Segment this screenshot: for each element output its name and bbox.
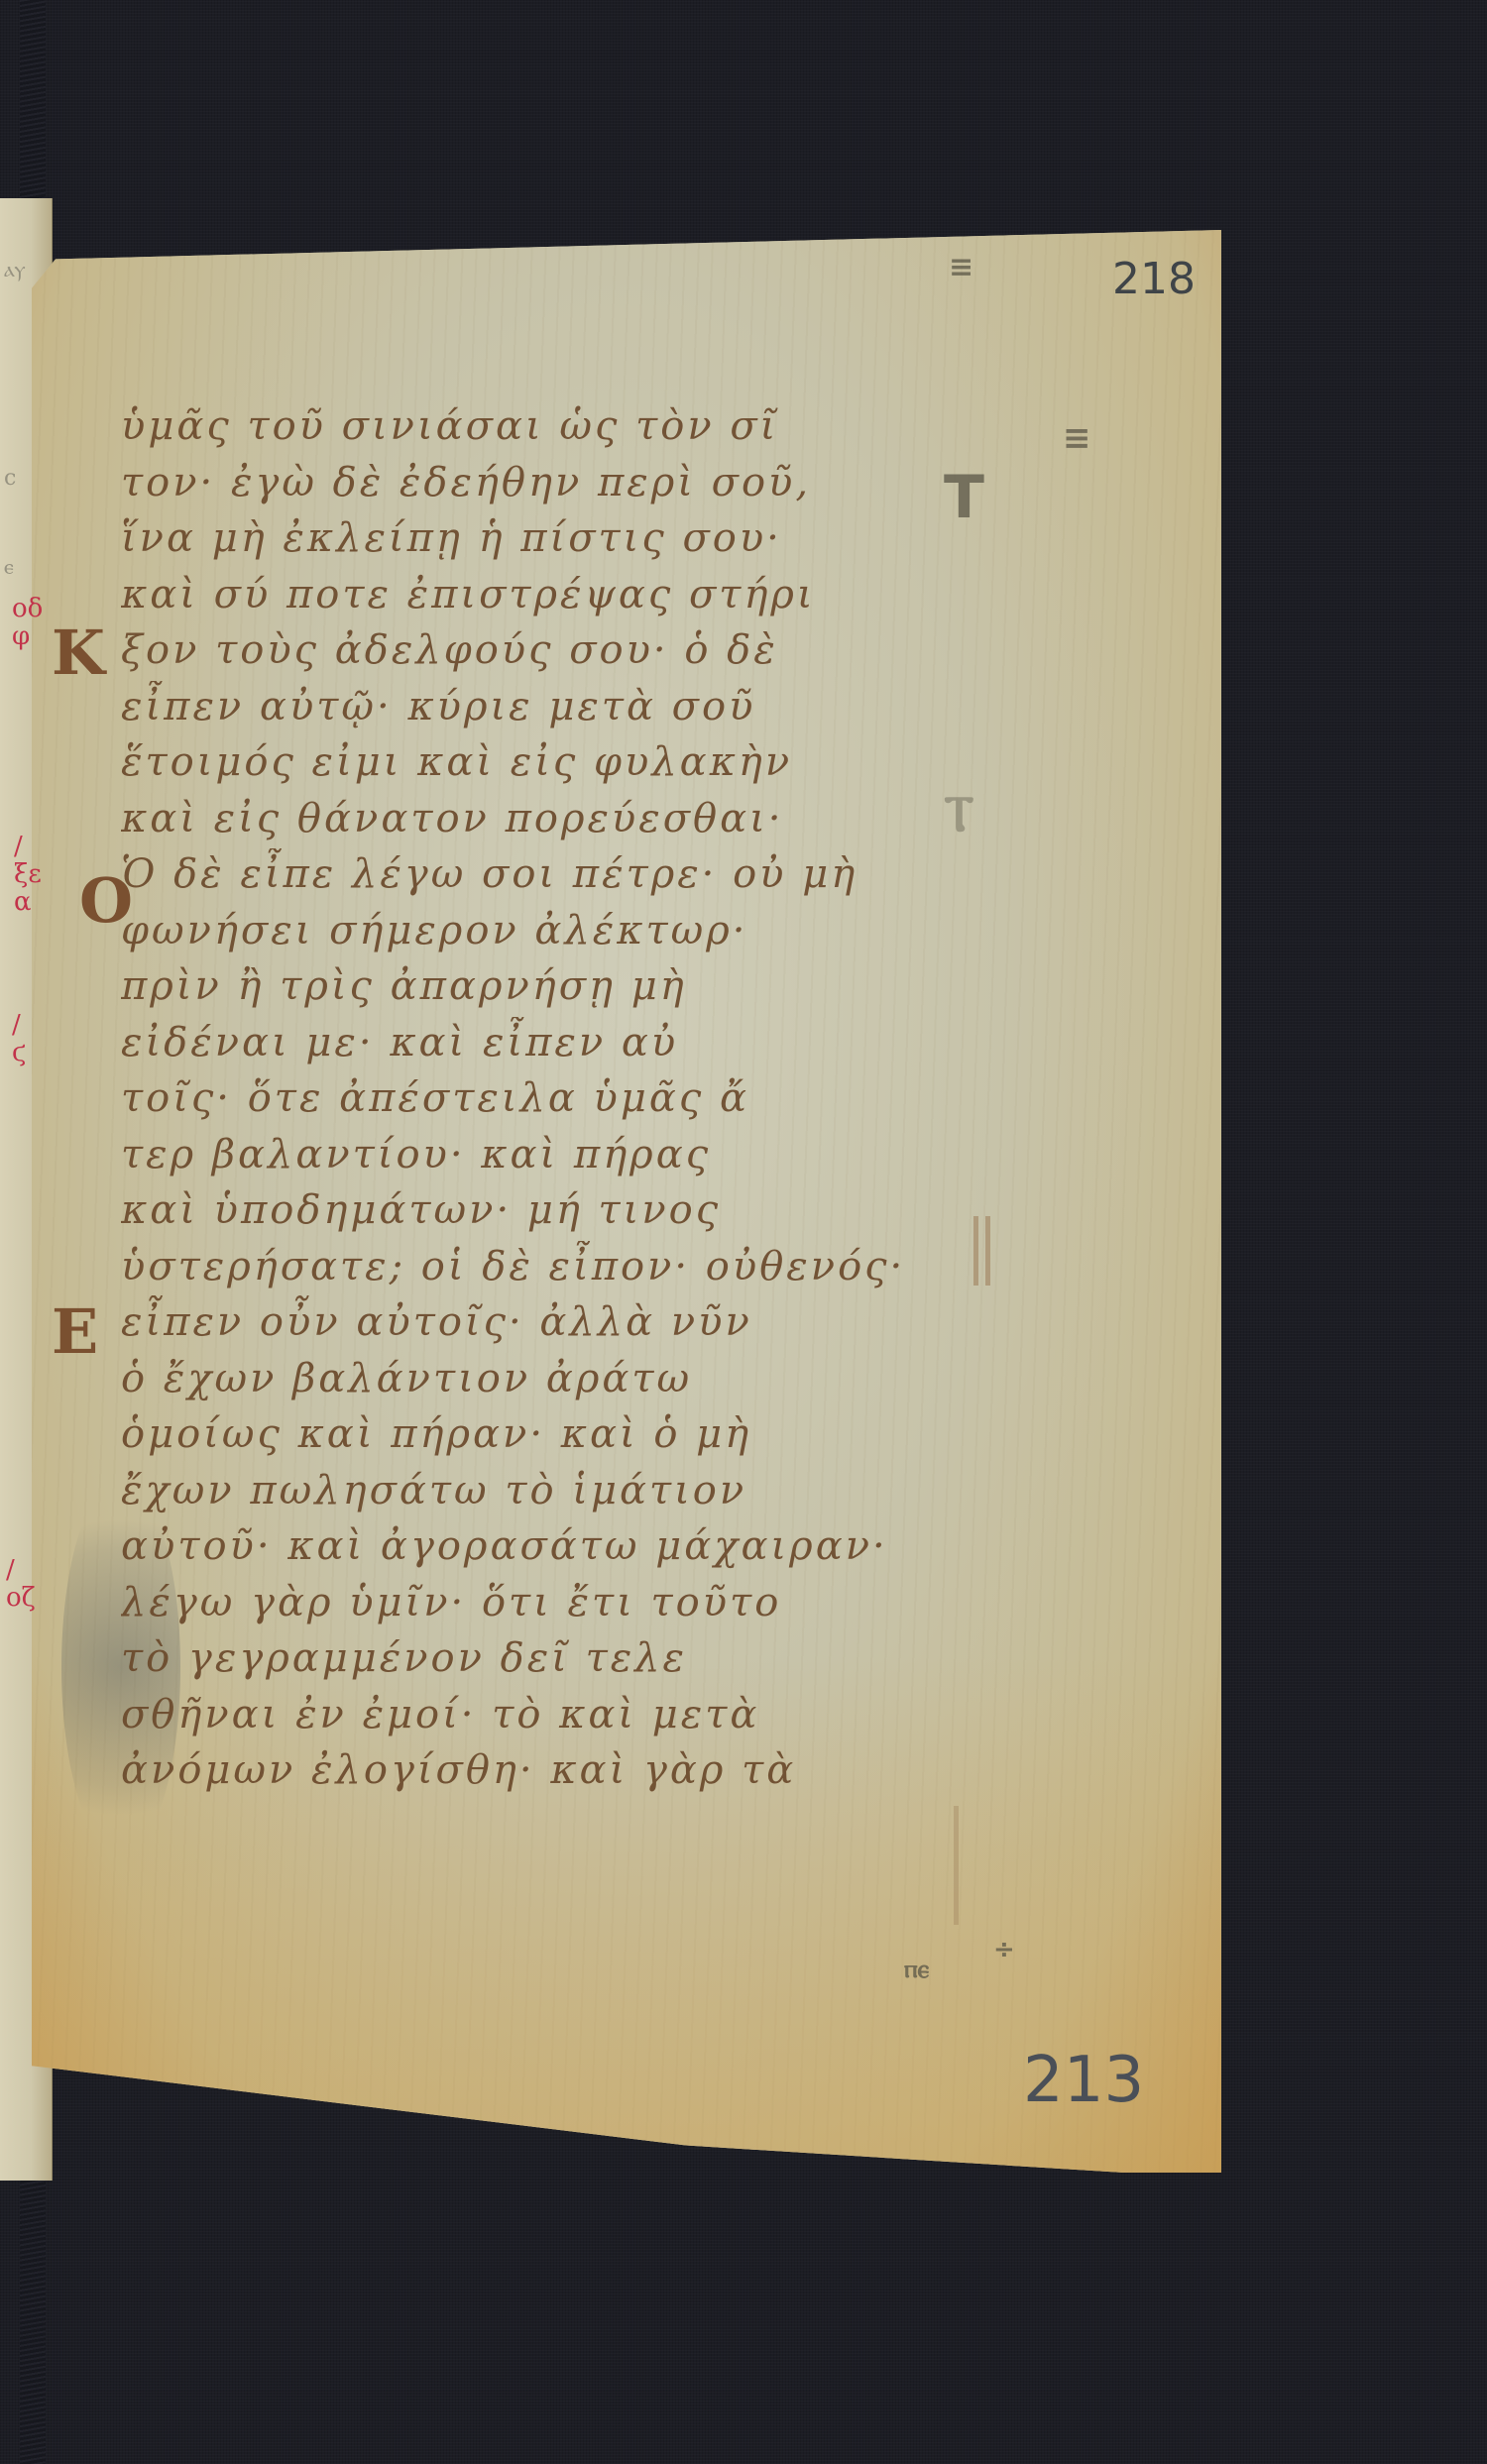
margin-mark: ≡ — [1063, 418, 1091, 458]
rubric-margin-note: / οζ — [6, 1556, 36, 1612]
text-line: ὁμοίως καὶ πήραν· καὶ ὁ μὴ — [121, 1406, 983, 1463]
bleed-through-text: ϲ — [4, 466, 16, 491]
margin-mark: ⲡⲉ — [904, 1955, 929, 1985]
rubric-margin-note: / ξε α — [14, 833, 42, 916]
foliation-top: 218 — [1112, 254, 1196, 304]
initial-letter: Ε — [52, 1295, 98, 1368]
text-line: τον· ἐγὼ δὲ ἐδεήθην περὶ σοῦ, — [121, 455, 983, 511]
rubric-margin-note: οδ φ — [12, 595, 43, 650]
text-line: ἀνόμων ἐλογίσθη· καὶ γὰρ τὰ — [121, 1742, 983, 1799]
bleed-through-text: ⲉ — [4, 555, 14, 580]
text-line: τοῖς· ὅτε ἀπέστειλα ὑμᾶς ἄ — [121, 1070, 983, 1127]
text-line: καὶ εἰς θάνατον πορεύεσθαι· — [121, 791, 983, 847]
margin-bar — [954, 1806, 959, 1925]
margin-mark: ≡ — [949, 250, 973, 284]
margin-bar — [973, 1216, 978, 1286]
text-line: τερ βαλαντίου· καὶ πήρας — [121, 1127, 983, 1183]
text-line: ἕτοιμός εἰμι καὶ εἰς φυλακὴν — [121, 734, 983, 791]
foliation-bottom: 213 — [1023, 2044, 1144, 2117]
lection-mark: Ⲧ — [944, 785, 974, 843]
text-line: πρὶν ἢ τρὶς ἀπαρνήσῃ μὴ — [121, 958, 983, 1015]
lection-mark: Τ — [944, 463, 984, 532]
text-line: ὑμᾶς τοῦ σινιάσαι ὡς τὸν σῖ — [121, 398, 983, 455]
text-line: αὐτοῦ· καὶ ἀγορασάτω μάχαιραν· — [121, 1518, 983, 1575]
text-line: Ὁ δὲ εἶπε λέγω σοι πέτρε· οὐ μὴ — [121, 846, 983, 903]
text-line: τὸ γεγραμμένον δεῖ τελε — [121, 1630, 983, 1687]
margin-mark: ÷ — [993, 1935, 1015, 1964]
rubric-margin-note: / ϛ — [12, 1011, 27, 1066]
text-line: εἰδέναι με· καὶ εἶπεν αὐ — [121, 1015, 983, 1071]
text-line: εἶπεν αὐτῷ· κύριε μετὰ σοῦ — [121, 679, 983, 735]
text-line: εἶπεν οὖν αὐτοῖς· ἀλλὰ νῦν — [121, 1294, 983, 1351]
text-line: ὑστερήσατε; οἱ δὲ εἶπον· οὐθενός· — [121, 1239, 983, 1295]
margin-bar — [985, 1216, 990, 1286]
text-line: ἵνα μὴ ἐκλείπῃ ἡ πίστις σου· — [121, 510, 983, 567]
text-line: καὶ ὑποδημάτων· μή τινος — [121, 1182, 983, 1239]
text-line: ὁ ἔχων βαλάντιον ἀράτω — [121, 1351, 983, 1407]
text-line: λέγω γὰρ ὑμῖν· ὅτι ἔτι τοῦτο — [121, 1575, 983, 1631]
text-line: καὶ σύ ποτε ἐπιστρέψας στήρι — [121, 567, 983, 623]
bleed-through-text: ⲁⲩ — [4, 258, 26, 282]
initial-letter: Ο — [79, 864, 133, 937]
initial-letter: Κ — [52, 616, 105, 689]
text-line: φωνήσει σήμερον ἀλέκτωρ· — [121, 903, 983, 959]
text-line: ἔχων πωλησάτω τὸ ἱμάτιον — [121, 1463, 983, 1519]
folio-content: 218 213 ≡ ≡ Τ Ⲧ ⲡⲉ ÷ Κ Ο Ε ὑμᾶς τοῦ σινι… — [32, 230, 1221, 2173]
text-line: σθῆναι ἐν ἐμοί· τὸ καὶ μετὰ — [121, 1687, 983, 1743]
text-line: ξον τοὺς ἀδελφούς σου· ὁ δὲ — [121, 622, 983, 679]
text-column: ὑμᾶς τοῦ σινιάσαι ὡς τὸν σῖ τον· ἐγὼ δὲ … — [121, 398, 983, 1799]
